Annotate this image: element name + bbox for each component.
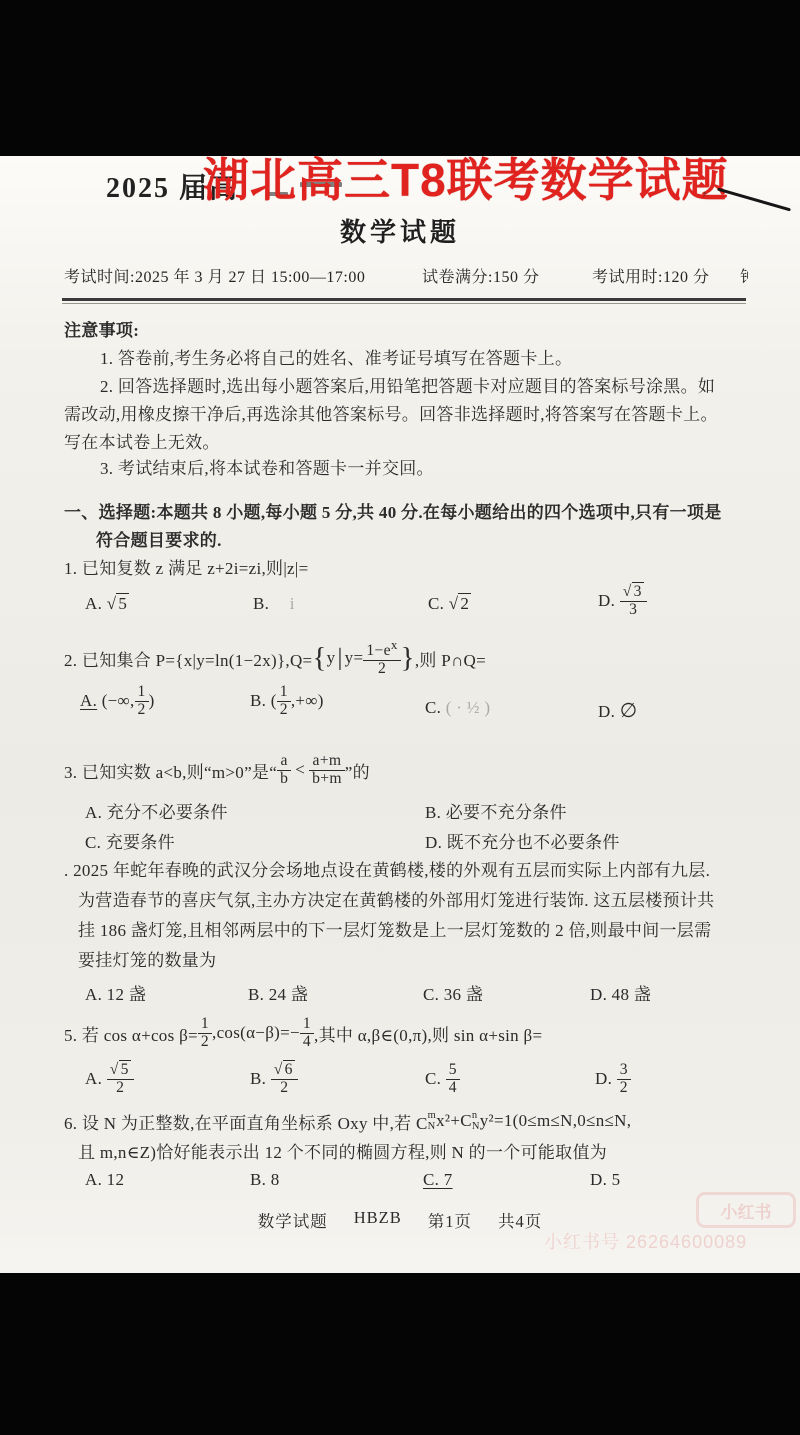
q2-option-c: C. ( · ½ ) bbox=[425, 698, 490, 718]
binomial-superscript-subscript: m N bbox=[428, 1110, 436, 1132]
footer-page-total: 共4页 bbox=[498, 1208, 542, 1232]
fraction: a+m b+m bbox=[309, 753, 345, 788]
q1-option-a-label: A. bbox=[85, 594, 102, 613]
exam-duration: 考试用时:120 分 bbox=[592, 264, 709, 287]
q1-option-d-label: D. bbox=[598, 591, 615, 611]
question-3-stem: 3. 已知实数 a<b,则“m>0”是“ a b < a+m b+m ”的 bbox=[64, 744, 370, 796]
q3-option-d: D. 既不充分也不必要条件 bbox=[425, 828, 620, 853]
question-6-line2: 且 m,n∈Z)恰好能表示出 12 个不同的椭圆方程,则 N 的一个可能取值为 bbox=[78, 1138, 607, 1163]
q1-option-b: B. i bbox=[253, 594, 295, 614]
q1-option-d: D. √3 3 bbox=[598, 584, 647, 619]
notice-item-2-line1: 2. 回答选择题时,选出每小题答案后,用铅笔把答题卡对应题目的答案标号涂黑。如 bbox=[100, 372, 715, 397]
right-brace: } bbox=[401, 642, 415, 675]
left-brace: { bbox=[312, 642, 326, 675]
sqrt-expression: √5 bbox=[107, 593, 129, 613]
q6-option-d: D. 5 bbox=[590, 1170, 620, 1190]
notice-item-2-line3: 写在本试卷上无效。 bbox=[64, 428, 220, 453]
q2-option-c-smudge: ( · ½ ) bbox=[446, 698, 491, 717]
q4-option-a: A. 12 盏 bbox=[85, 980, 146, 1005]
q5-stem-tail: ,其中 α,β∈(0,π),则 sin α+sin β= bbox=[314, 1021, 542, 1046]
fraction: a b bbox=[277, 753, 291, 788]
notice-item-3: 3. 考试结束后,将本试卷和答题卡一并交回。 bbox=[100, 454, 434, 479]
red-overlay-title: 湖北高三T8联考数学试题 bbox=[203, 144, 729, 210]
q2-stem-tail: ,则 P∩Q= bbox=[415, 646, 486, 671]
q3-option-a: A. 充分不必要条件 bbox=[85, 798, 228, 823]
sqrt-expression: √3 bbox=[623, 582, 644, 600]
q5-option-c: C. 5 4 bbox=[425, 1062, 460, 1097]
q3-option-c: C. 充要条件 bbox=[85, 828, 175, 853]
q5-option-b-label: B. bbox=[250, 1069, 266, 1089]
exam-time: 考试时间:2025 年 3 月 27 日 15:00—17:00 bbox=[64, 264, 365, 287]
q4-option-c: C. 36 盏 bbox=[423, 980, 483, 1005]
exam-total-score: 试卷满分:150 分 bbox=[422, 264, 539, 287]
q2-option-a: A. (−∞, 1 2 ) bbox=[80, 684, 155, 719]
fraction: √6 2 bbox=[271, 1062, 298, 1097]
question-6-line1: 6. 设 N 为正整数,在平面直角坐标系 Oxy 中,若 C m N x²+C … bbox=[64, 1108, 631, 1134]
fraction: 1 4 bbox=[300, 1016, 314, 1051]
q2-option-d: D. ∅ bbox=[598, 698, 637, 723]
fraction: 1−ex 2 bbox=[363, 638, 400, 678]
q5-option-d-label: D. bbox=[595, 1069, 612, 1089]
sqrt-expression: √6 bbox=[274, 1060, 295, 1078]
exam-paper-page: 2025 届高 湖北高三T8联考数学试题 , 数学试题 考试时间:2025 年 … bbox=[0, 156, 800, 1273]
q6-option-c: C. 7 bbox=[423, 1170, 453, 1190]
q2-option-a-label: A. bbox=[80, 691, 97, 711]
q3-option-b: B. 必要不充分条件 bbox=[425, 798, 567, 823]
q4-option-d: D. 48 盏 bbox=[590, 980, 651, 1005]
sqrt-expression: √5 bbox=[110, 1060, 131, 1078]
empty-set-symbol: ∅ bbox=[620, 700, 638, 722]
q1-option-b-label: B. bbox=[253, 594, 269, 613]
notice-item-2-line2: 需改动,用橡皮擦干净后,再选涂其他答案标号。回答非选择题时,将答案写在答题卡上。 bbox=[64, 400, 718, 425]
q5-option-c-label: C. bbox=[425, 1069, 441, 1089]
question-5-stem: 5. 若 cos α+cos β= 1 2 ,cos(α−β)=− 1 4 ,其… bbox=[64, 1010, 542, 1056]
q6-stem-text: 6. 设 N 为正整数,在平面直角坐标系 Oxy 中,若 C bbox=[64, 1109, 428, 1134]
question-4-line4: 要挂灯笼的数量为 bbox=[78, 946, 216, 971]
section1-header-line2: 符合题目要求的. bbox=[96, 526, 222, 551]
question-1-stem: 1. 已知复数 z 满足 z+2i=zi,则|z|= bbox=[64, 554, 309, 579]
q3-stem-tail: ”的 bbox=[345, 758, 370, 783]
q1-option-a: A. √5 bbox=[85, 594, 129, 614]
section1-header-line1: 一、选择题:本题共 8 小题,每小题 5 分,共 40 分.在每小题给出的四个选… bbox=[64, 498, 722, 523]
q5-option-a: A. √5 2 bbox=[85, 1062, 134, 1097]
notice-title: 注意事项: bbox=[64, 316, 139, 341]
q4-option-b: B. 24 盏 bbox=[248, 980, 308, 1005]
xiaohongshu-logo-watermark: 小红书 bbox=[696, 1192, 796, 1228]
double-rule-divider bbox=[62, 298, 746, 304]
set-bar: | bbox=[335, 644, 344, 672]
footer-code: HBZB bbox=[354, 1208, 402, 1232]
q6-option-b: B. 8 bbox=[250, 1170, 280, 1190]
q1-option-c-label: C. bbox=[428, 594, 444, 613]
q3-inequality: < bbox=[291, 760, 309, 780]
fraction: √3 3 bbox=[620, 584, 647, 619]
q2-option-c-label: C. bbox=[425, 698, 441, 717]
question-4-line1: . 2025 年蛇年春晚的武汉分会场地点设在黄鹤楼,楼的外观有五层而实际上内部有… bbox=[64, 856, 710, 881]
q5-option-d: D. 3 2 bbox=[595, 1062, 631, 1097]
question-4-line3: 挂 186 盏灯笼,且相邻两层中的下一层灯笼数是上一层灯笼数的 2 倍,则最中间… bbox=[78, 916, 711, 941]
q1-option-b-smudge: i bbox=[290, 594, 295, 613]
q2-stem-text: 2. 已知集合 P={x|y=ln(1−2x)},Q= bbox=[64, 646, 312, 671]
q5-option-a-label: A. bbox=[85, 1069, 102, 1089]
footer-page-number: 第1页 bbox=[428, 1208, 472, 1232]
q2-set-var: y bbox=[327, 648, 336, 668]
fraction: 1 2 bbox=[277, 684, 291, 719]
binomial-superscript-subscript: n N bbox=[472, 1110, 480, 1132]
q2-set-eq: y= bbox=[345, 648, 364, 668]
q1-option-c: C. √2 bbox=[428, 594, 471, 614]
question-4-line2: 为营造春节的喜庆气氛,主办方决定在黄鹤楼的外部用灯笼进行装饰. 这五层楼预计共 bbox=[78, 886, 714, 911]
q2-option-b: B. ( 1 2 ,+∞) bbox=[250, 684, 324, 719]
q6-option-a: A. 12 bbox=[85, 1170, 124, 1190]
fraction: √5 2 bbox=[107, 1062, 134, 1097]
exam-duration-clipped-char: 钟 bbox=[740, 264, 748, 287]
q5-option-b: B. √6 2 bbox=[250, 1062, 298, 1097]
fraction: 1 2 bbox=[135, 684, 149, 719]
q3-stem-text: 3. 已知实数 a<b,则“m>0”是“ bbox=[64, 758, 277, 783]
fraction: 5 4 bbox=[446, 1062, 460, 1097]
q5-stem-text: 5. 若 cos α+cos β= bbox=[64, 1021, 198, 1046]
fraction: 3 2 bbox=[617, 1062, 631, 1097]
question-2-stem: 2. 已知集合 P={x|y=ln(1−2x)},Q= { y | y= 1−e… bbox=[64, 634, 486, 682]
notice-item-1: 1. 答卷前,考生务必将自己的姓名、准考证号填写在答题卡上。 bbox=[100, 344, 572, 369]
title-tail-mark: , bbox=[702, 174, 708, 200]
sqrt-expression: √2 bbox=[449, 593, 471, 613]
footer-doc-title: 数学试题 bbox=[258, 1208, 328, 1232]
watermark-id-text: 小红书号 26264600089 bbox=[544, 1228, 747, 1254]
q2-option-b-label: B. bbox=[250, 691, 266, 711]
paper-subtitle: 数学试题 bbox=[0, 212, 800, 249]
photo-frame: 2025 届高 湖北高三T8联考数学试题 , 数学试题 考试时间:2025 年 … bbox=[0, 0, 800, 1435]
q2-option-d-label: D. bbox=[598, 702, 615, 721]
fraction: 1 2 bbox=[198, 1016, 212, 1051]
